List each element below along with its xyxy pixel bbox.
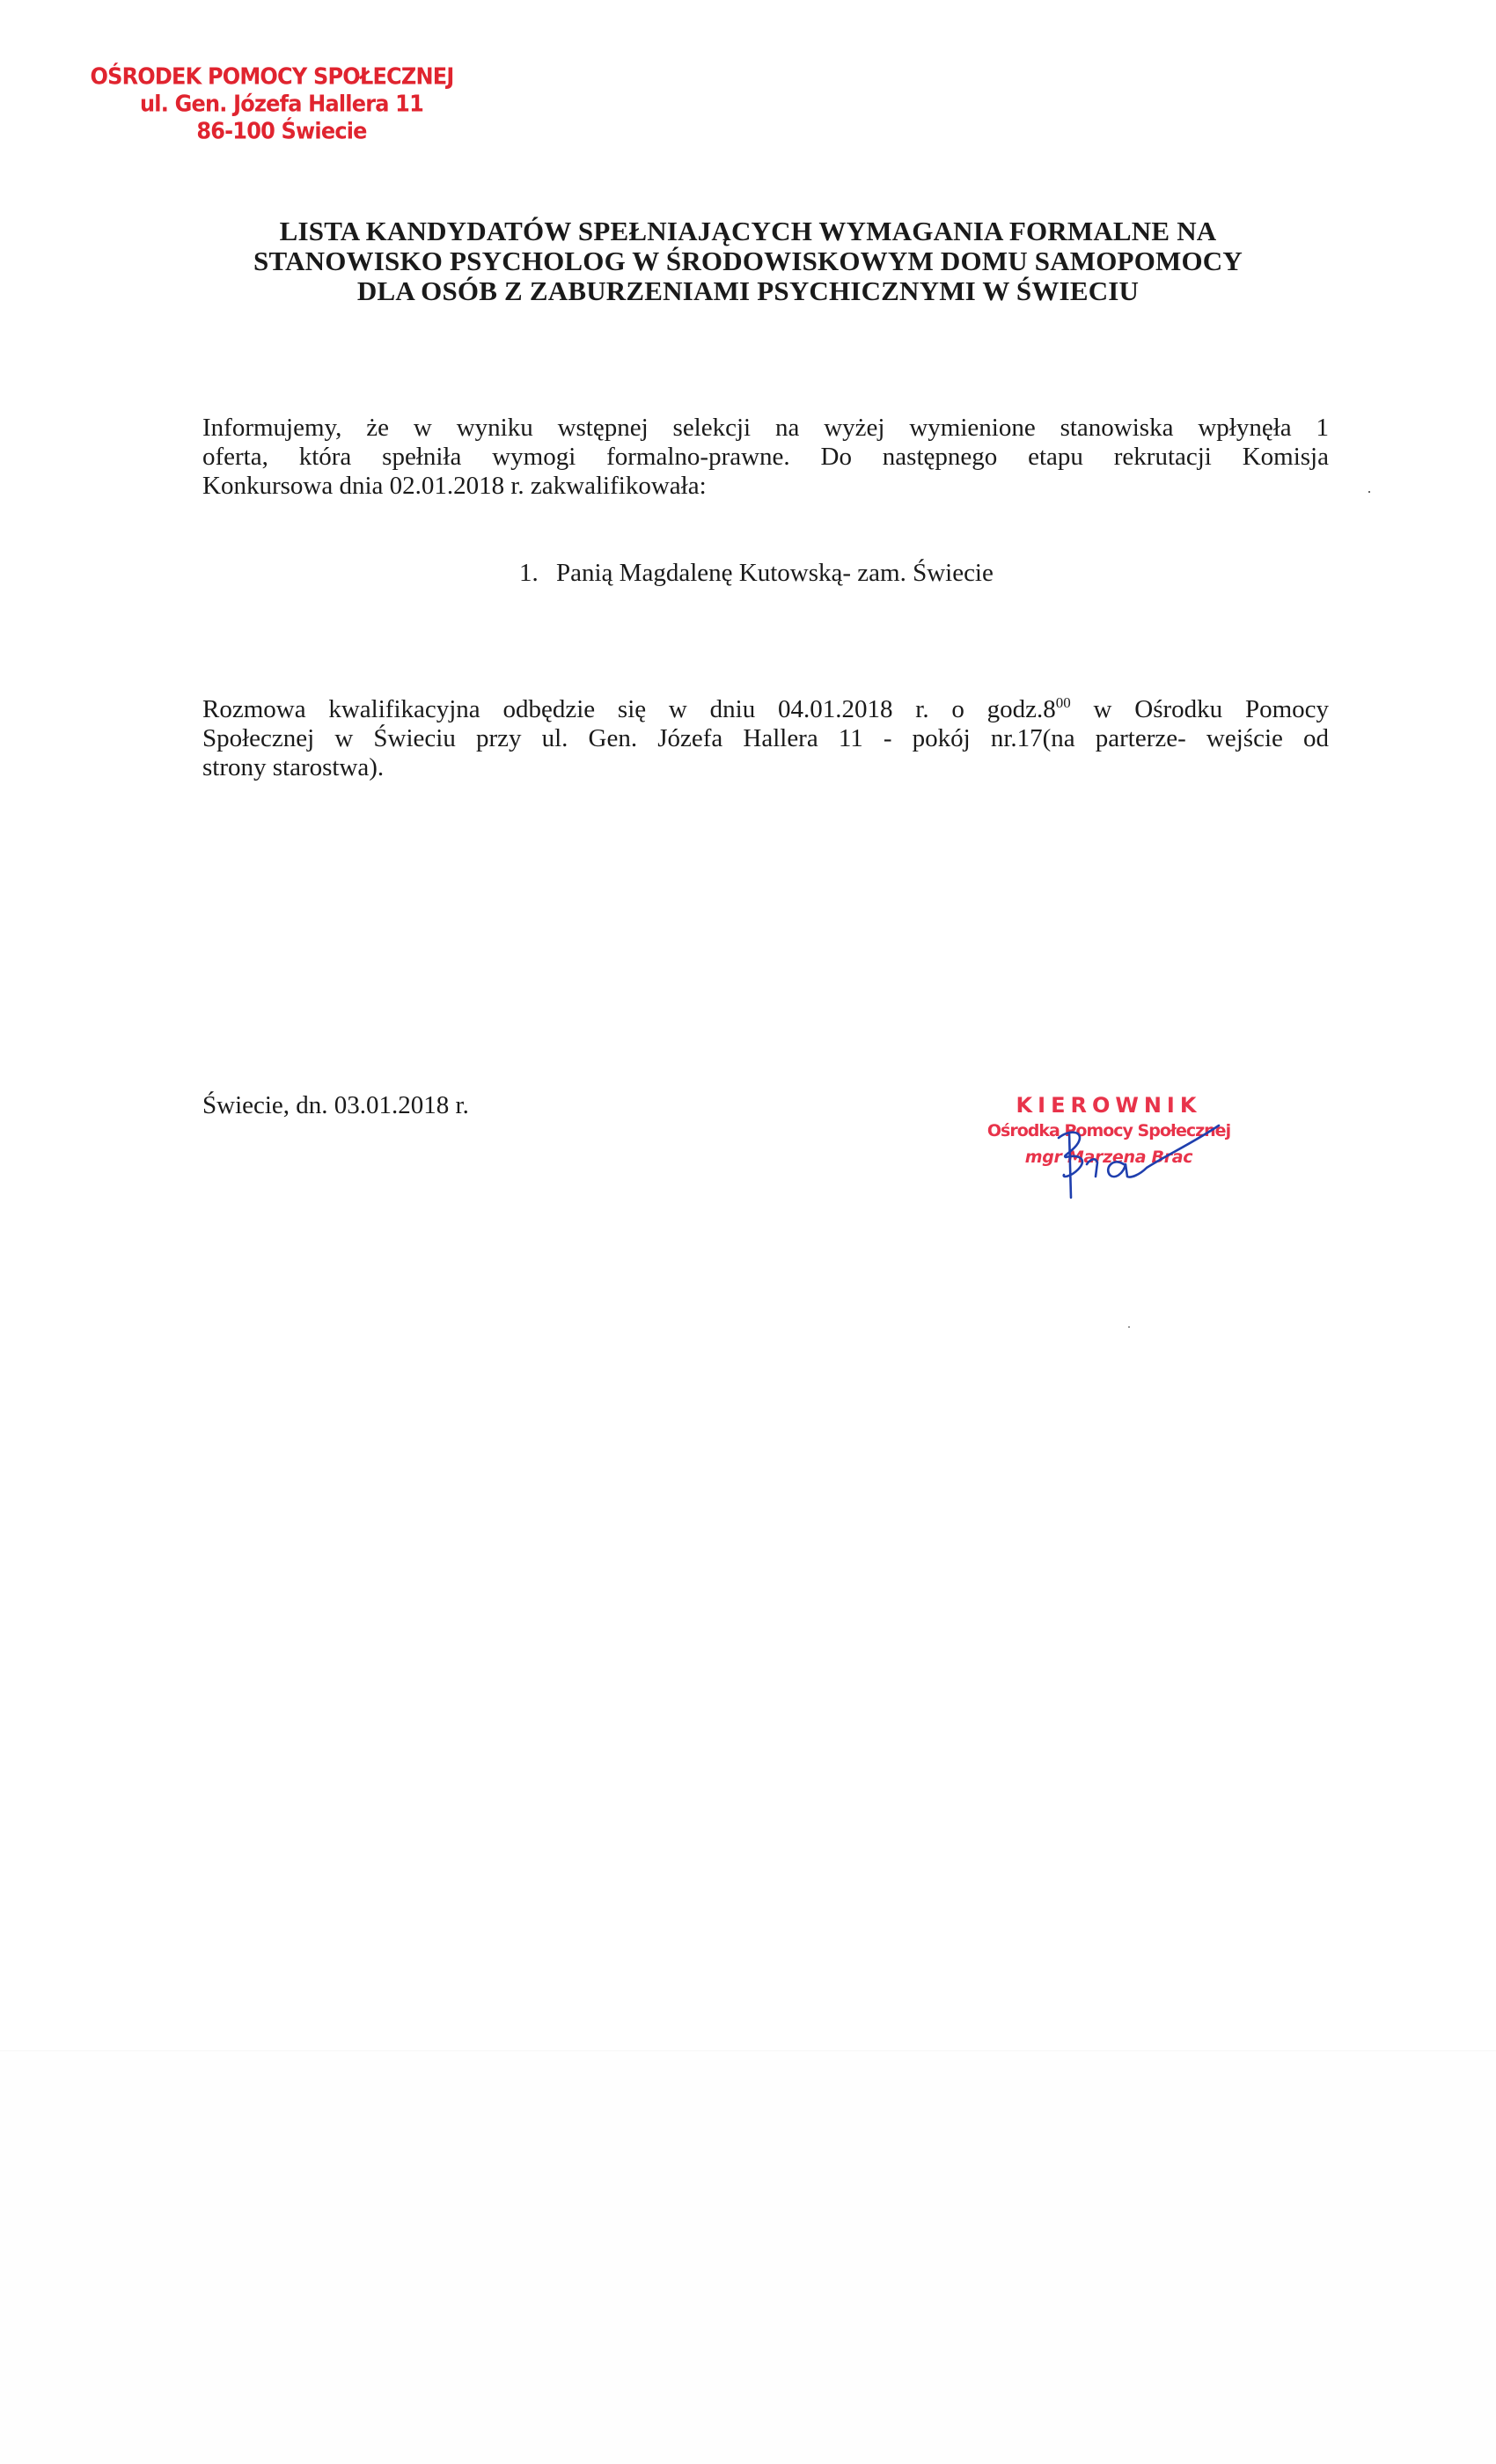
scan-speck [1368, 491, 1370, 493]
paragraph-line: Informujemy, że w wyniku wstępnej selekc… [202, 414, 1329, 443]
stamp-line-street: ul. Gen. Józefa Hallera 11 [106, 90, 458, 119]
time-minutes-superscript: 00 [1056, 694, 1071, 711]
paragraph-line: strony starostwa). [202, 753, 1329, 782]
institution-header-stamp: OŚRODEK POMOCY SPOŁECZNEJ ul. Gen. Józef… [106, 63, 458, 145]
paragraph-line: Konkursowa dnia 02.01.2018 r. zakwalifik… [202, 472, 1329, 501]
paragraph-line: Rozmowa kwalifikacyjna odbędzie się w dn… [202, 695, 1329, 724]
document-title: LISTA KANDYDATÓW SPEŁNIAJĄCYCH WYMAGANIA… [176, 216, 1320, 306]
interview-paragraph: Rozmowa kwalifikacyjna odbędzie się w dn… [202, 695, 1329, 782]
list-item: 1.Panią Magdalenę Kutowską- zam. Świecie [519, 559, 994, 588]
title-line: LISTA KANDYDATÓW SPEŁNIAJĄCYCH WYMAGANIA… [176, 216, 1320, 246]
list-item-text: Panią Magdalenę Kutowską- zam. Świecie [556, 559, 994, 587]
place-and-date: Świecie, dn. 03.01.2018 r. [202, 1091, 469, 1120]
stamp-line-city: 86-100 Świecie [106, 117, 458, 146]
scanned-sheet [0, 0, 1496, 2051]
title-line: DLA OSÓB Z ZABURZENIAMI PSYCHICZNYMI W Ś… [176, 276, 1320, 306]
list-item-number: 1. [519, 559, 556, 588]
document-page: OŚRODEK POMOCY SPOŁECZNEJ ul. Gen. Józef… [0, 0, 1496, 2464]
paragraph-line: Społecznej w Świeciu przy ul. Gen. Józef… [202, 724, 1329, 753]
intro-paragraph: Informujemy, że w wyniku wstępnej selekc… [202, 414, 1329, 501]
title-line: STANOWISKO PSYCHOLOG W ŚRODOWISKOWYM DOM… [176, 246, 1320, 276]
interview-date-text: Rozmowa kwalifikacyjna odbędzie się w dn… [202, 695, 1056, 723]
handwritten-signature-icon [1043, 1113, 1236, 1210]
scan-speck [1128, 1326, 1130, 1328]
candidate-list: 1.Panią Magdalenę Kutowską- zam. Świecie [519, 559, 994, 588]
interview-location-text: w Ośrodku Pomocy [1071, 695, 1329, 723]
paragraph-line: oferta, która spełniła wymogi formalno-p… [202, 443, 1329, 472]
stamp-line-institution: OŚRODEK POMOCY SPOŁECZNEJ [86, 62, 458, 92]
